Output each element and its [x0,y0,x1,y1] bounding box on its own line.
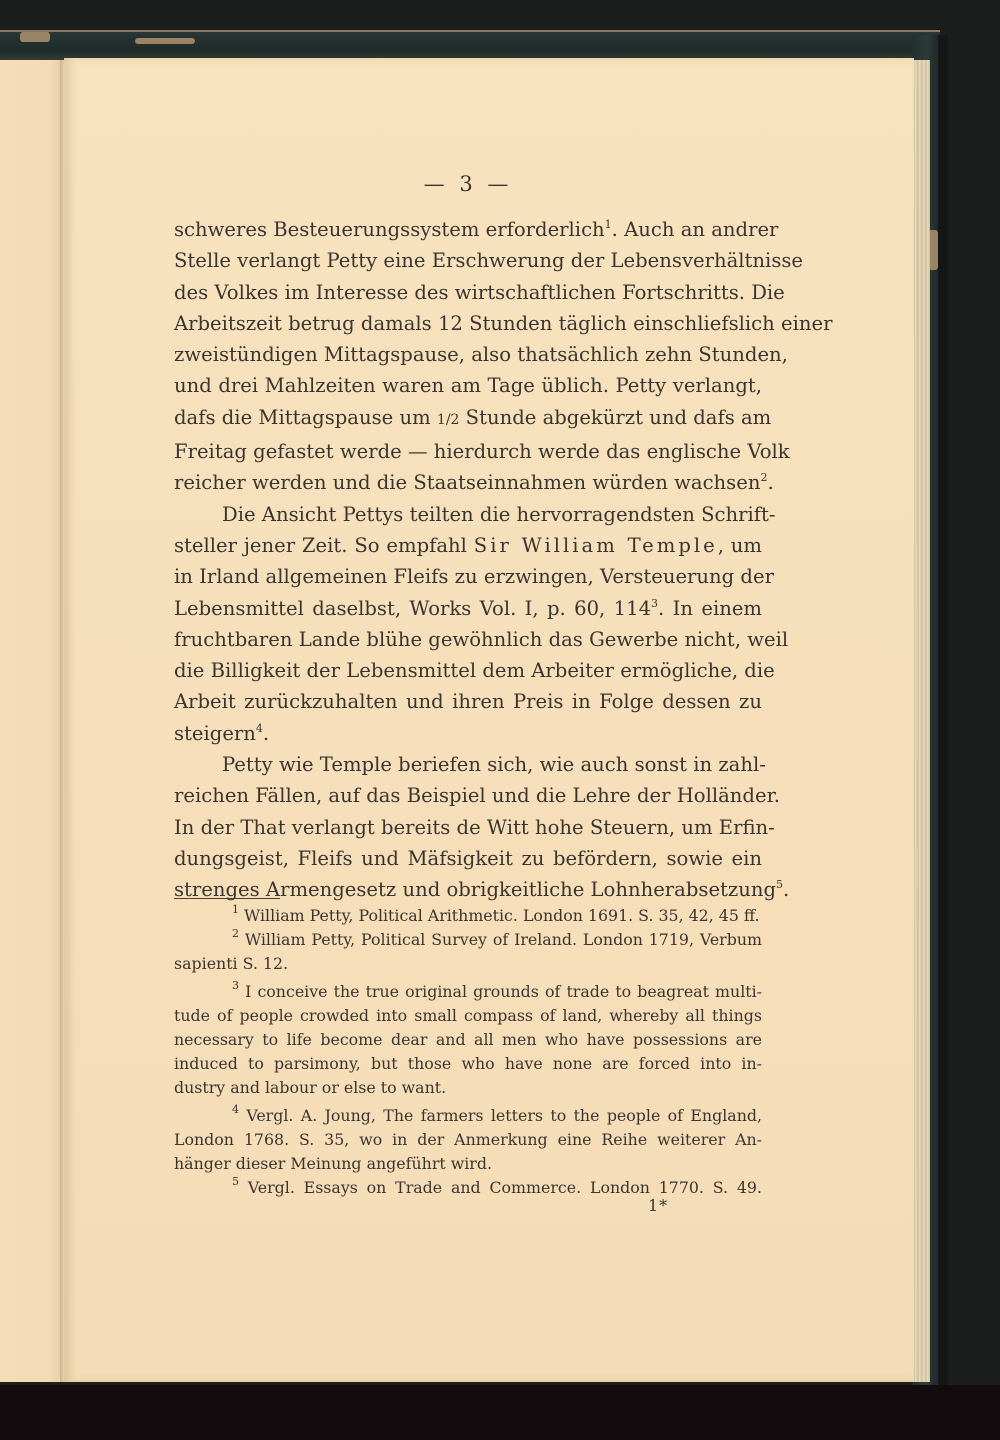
paragraph-1: schweres Besteuerungssystem erforderlich… [174,214,762,499]
footnote-1: 1 William Petty, Political Arithmetic. L… [174,904,762,928]
footnote-ref[interactable]: 5 [776,878,783,891]
text-line: Arbeitszeit betrug damals 12 Stunden täg… [174,308,762,339]
bottom-background [0,1385,1000,1440]
footnote-ref[interactable]: 1 [605,218,612,231]
text-line: fruchtbaren Lande blühe gewöhnlich das G… [174,624,762,655]
footnote-mark: 5 [232,1175,239,1188]
text-line: Freitag gefastet werde — hierdurch werde… [174,436,762,467]
text-line: des Volkes im Interesse des wirtschaftli… [174,277,762,308]
footnote-mark: 3 [232,979,239,992]
page-number: — 3 — [418,172,518,196]
body-text: schweres Besteuerungssystem erforderlich… [174,214,762,906]
text-line: in Irland allgemeinen Fleifs zu erzwinge… [174,561,762,592]
text-line: In der That verlangt bereits de Witt hoh… [174,812,762,843]
footnote-4: 4 Vergl. A. Joung, The farmers letters t… [174,1104,762,1177]
printer-signature: 1* [648,1196,668,1215]
text-line: strenges Armengesetz und obrigkeitliche … [174,874,762,905]
text-line: dungsgeist, Fleifs und Mäfsigkeit zu bef… [174,843,762,874]
text-line: dafs die Mittagspause um 1/2 Stunde abge… [174,402,762,436]
footnote-ref[interactable]: 3 [651,597,658,610]
text-line: reichen Fällen, auf das Beispiel und die… [174,780,762,811]
footnote-mark: 2 [232,927,239,940]
fraction: 1/2 [437,412,460,428]
footnote-divider [174,898,280,899]
text-line: steigern4. [174,718,762,749]
book-scan: — 3 — schweres Besteuerungssystem erford… [0,0,1000,1440]
text-line: Arbeit zurückzuhalten und ihren Preis in… [174,686,762,717]
footnote-mark: 1 [232,903,239,916]
cover-wear-mark [135,38,195,44]
text-line: Petty wie Temple beriefen sich, wie auch… [174,749,762,780]
cover-wear-mark [20,32,50,42]
footnotes: 1 William Petty, Political Arithmetic. L… [174,904,762,1200]
footnote-3: 3 I conceive the true original grounds o… [174,980,762,1101]
author-name-spaced: Sir William Temple [474,534,718,557]
paragraph-2: Die Ansicht Pettys teilten die hervorrag… [174,499,762,749]
footnote-5: 5 Vergl. Essays on Trade and Commerce. L… [174,1176,762,1200]
book-cover-shadow [938,35,948,1385]
text-line: zweistündigen Mittagspause, also thatsäc… [174,339,762,370]
footnote-mark: 4 [232,1103,239,1116]
paragraph-3: Petty wie Temple beriefen sich, wie auch… [174,749,762,905]
text-line: Stelle verlangt Petty eine Erschwerung d… [174,245,762,276]
page-block-edges [912,60,930,1382]
text-line: schweres Besteuerungssystem erforderlich… [174,214,762,245]
text-line: steller jener Zeit. So empfahl Sir Willi… [174,530,762,561]
text-line: die Billigkeit der Lebensmittel dem Arbe… [174,655,762,686]
text-line: und drei Mahlzeiten waren am Tage üblich… [174,370,762,401]
text-line: Lebensmittel daselbst, Works Vol. I, p. … [174,593,762,624]
left-page-edge [0,60,62,1382]
footnote-2: 2 William Petty, Political Survey of Ire… [174,928,762,976]
footnote-ref[interactable]: 4 [256,722,263,735]
text-line: Die Ansicht Pettys teilten die hervorrag… [174,499,762,530]
text-line: reicher werden und die Staatseinnahmen w… [174,467,762,498]
